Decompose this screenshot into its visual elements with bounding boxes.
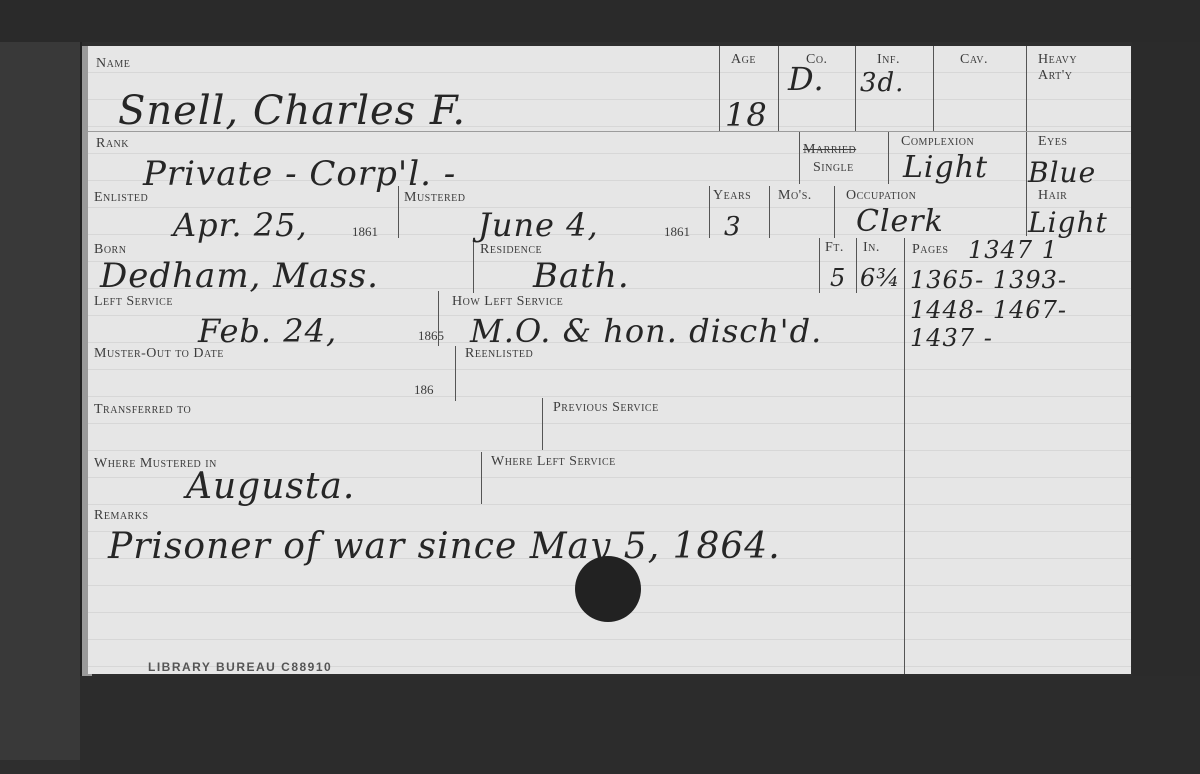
age-label: Age [731,52,756,68]
pages-value-4: 1437 - [910,324,993,352]
heavy-artillery-label: Heavy [1038,52,1077,68]
how-left-service-label: How Left Service [452,294,563,310]
divider [933,46,934,132]
enlisted-label: Enlisted [94,190,148,206]
divider [834,186,835,238]
previous-service-label: Previous Service [553,400,659,416]
complexion-value: Light [903,150,988,185]
divider [542,398,543,450]
eyes-label: Eyes [1038,134,1067,150]
divider [904,238,905,674]
infantry-label: Inf. [877,52,900,68]
complexion-label: Complexion [901,134,974,150]
divider [473,238,474,293]
left-service-label: Left Service [94,294,173,310]
rank-label: Rank [96,136,129,152]
age-value: 18 [725,96,768,134]
years-label: Years [713,188,751,204]
residence-value: Bath. [533,256,630,296]
rank-value: Private - Corp'l. - [143,154,456,194]
divider [1026,191,1027,236]
divider [719,46,720,132]
occupation-label: Occupation [846,188,916,204]
remarks-label: Remarks [94,508,149,524]
how-left-service-value: M.O. & hon. disch'd. [470,312,822,350]
born-value: Dedham, Mass. [100,256,379,296]
divider [455,346,456,401]
feet-label: Ft. [825,240,844,256]
hair-label: Hair [1038,188,1067,204]
divider [888,132,889,184]
occupation-value: Clerk [856,204,944,239]
transferred-to-label: Transferred to [94,402,191,418]
divider [856,238,857,293]
mustered-year: 1861 [664,224,690,240]
hair-value: Light [1028,206,1108,239]
mustered-date-value: June 4, [478,206,599,244]
frame-top [0,0,1200,42]
enlisted-date-value: Apr. 25, [173,206,308,244]
divider [1026,46,1027,191]
months-label: Mo's. [778,188,812,204]
divider [819,238,820,293]
reenlisted-label: Reenlisted [465,346,533,362]
where-left-service-label: Where Left Service [491,454,616,470]
where-mustered-in-value: Augusta. [186,466,355,507]
years-value: 3 [724,212,742,242]
enlisted-year: 1861 [352,224,378,240]
inches-label: In. [863,240,880,256]
pages-label: Pages [912,242,948,258]
divider [855,46,856,132]
married-label: Married [803,142,856,158]
single-label: Single [813,160,854,176]
service-record-card: Name Snell, Charles F. Age 18 Co. D. Inf… [88,46,1131,674]
left-service-year: 1865 [418,328,444,344]
pages-value-3: 1448- 1467- [910,296,1067,324]
left-service-date-value: Feb. 24, [198,312,337,350]
frame-right [1132,42,1200,774]
company-value: D. [788,60,825,98]
pages-value-1: 1347 1 [968,236,1058,264]
divider [769,186,770,238]
pages-value-2: 1365- 1393- [910,266,1067,294]
eyes-value: Blue [1028,156,1096,189]
mustered-label: Mustered [404,190,465,206]
muster-out-year: 186 [414,382,434,398]
frame-left [0,42,82,760]
divider [778,46,779,132]
printer-imprint: LIBRARY BUREAU C88910 [148,660,332,674]
infantry-value: 3d. [860,68,904,98]
frame-bottom [80,676,1200,774]
muster-out-label: Muster-Out to Date [94,346,224,362]
divider [709,186,710,238]
punch-hole [575,556,641,622]
name-value: Snell, Charles F. [118,88,466,134]
cavalry-label: Cav. [960,52,988,68]
name-label: Name [96,56,130,72]
inches-value: 6¾ [860,264,901,292]
feet-value: 5 [830,264,846,292]
heavy-artillery-label-2: Art'y [1038,68,1073,84]
divider [799,132,800,184]
remarks-value: Prisoner of war since May 5, 1864. [108,526,781,567]
divider [481,452,482,504]
